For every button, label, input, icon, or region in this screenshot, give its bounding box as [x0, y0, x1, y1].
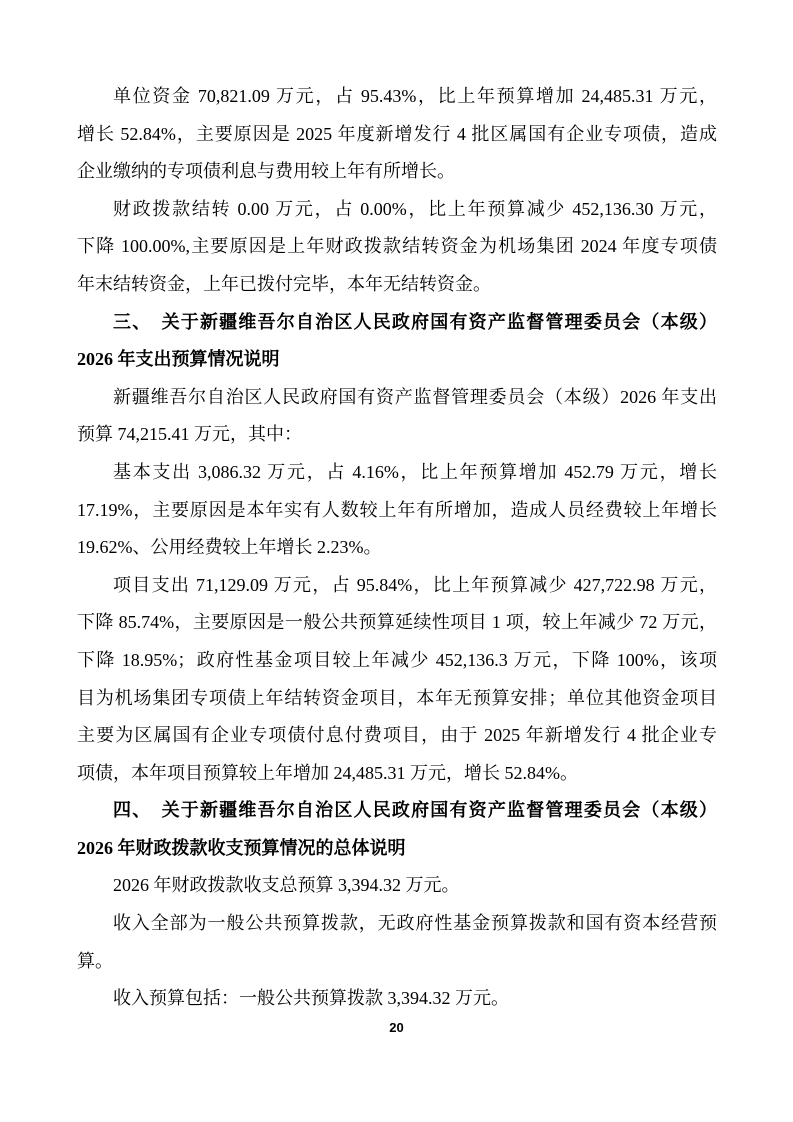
text-line: 收入预算包括：一般公共预算拨款 3,394.32 万元。: [77, 980, 717, 1018]
text-line: 企业缴纳的专项债利息与费用较上年有所增长。: [77, 153, 717, 191]
section-heading: 三、 关于新疆维吾尔自治区人民政府国有资产监督管理委员会（本级） 2026 年支…: [77, 304, 717, 379]
document-page: 单位资金 70,821.09 万元，占 95.43%，比上年预算增加 24,48…: [0, 0, 793, 1122]
text-line: 下降 85.74%，主要原因是一般公共预算延续性项目 1 项，较上年减少 72 …: [77, 604, 717, 642]
text-line: 收入全部为一般公共预算拨款，无政府性基金预算拨款和国有资本经营预: [77, 905, 717, 943]
text-line: 下降 18.95%；政府性基金项目较上年减少 452,136.3 万元，下降 1…: [77, 642, 717, 680]
paragraph: 收入全部为一般公共预算拨款，无政府性基金预算拨款和国有资本经营预 算。: [77, 905, 717, 980]
heading-line: 2026 年支出预算情况说明: [77, 341, 717, 379]
text-line: 财政拨款结转 0.00 万元，占 0.00%，比上年预算减少 452,136.3…: [77, 191, 717, 229]
text-line: 2026 年财政拨款收支总预算 3,394.32 万元。: [77, 867, 717, 905]
text-line: 单位资金 70,821.09 万元，占 95.43%，比上年预算增加 24,48…: [77, 78, 717, 116]
paragraph: 2026 年财政拨款收支总预算 3,394.32 万元。: [77, 867, 717, 905]
paragraph: 财政拨款结转 0.00 万元，占 0.00%，比上年预算减少 452,136.3…: [77, 191, 717, 304]
text-line: 主要为区属国有企业专项债付息付费项目，由于 2025 年新增发行 4 批企业专: [77, 717, 717, 755]
paragraph: 项目支出 71,129.09 万元，占 95.84%，比上年预算减少 427,7…: [77, 567, 717, 793]
page-content: 单位资金 70,821.09 万元，占 95.43%，比上年预算增加 24,48…: [77, 78, 717, 1018]
text-line: 目为机场集团专项债上年结转资金项目，本年无预算安排；单位其他资金项目: [77, 680, 717, 718]
text-line: 算。: [77, 943, 717, 981]
text-line: 19.62%、公用经费较上年增长 2.23%。: [77, 529, 717, 567]
section-heading: 四、 关于新疆维吾尔自治区人民政府国有资产监督管理委员会（本级） 2026 年财…: [77, 792, 717, 867]
text-line: 下降 100.00%,主要原因是上年财政拨款结转资金为机场集团 2024 年度专…: [77, 228, 717, 266]
heading-line: 三、 关于新疆维吾尔自治区人民政府国有资产监督管理委员会（本级）: [77, 304, 717, 342]
text-line: 年末结转资金，上年已拨付完毕，本年无结转资金。: [77, 266, 717, 304]
text-line: 增长 52.84%，主要原因是 2025 年度新增发行 4 批区属国有企业专项债…: [77, 116, 717, 154]
page-number: 20: [0, 1020, 793, 1035]
paragraph: 单位资金 70,821.09 万元，占 95.43%，比上年预算增加 24,48…: [77, 78, 717, 191]
text-line: 项债，本年项目预算较上年增加 24,485.31 万元，增长 52.84%。: [77, 755, 717, 793]
text-line: 17.19%，主要原因是本年实有人数较上年有所增加，造成人员经费较上年增长: [77, 492, 717, 530]
text-line: 预算 74,215.41 万元，其中：: [77, 416, 717, 454]
paragraph: 基本支出 3,086.32 万元，占 4.16%，比上年预算增加 452.79 …: [77, 454, 717, 567]
text-line: 项目支出 71,129.09 万元，占 95.84%，比上年预算减少 427,7…: [77, 567, 717, 605]
text-line: 基本支出 3,086.32 万元，占 4.16%，比上年预算增加 452.79 …: [77, 454, 717, 492]
heading-line: 2026 年财政拨款收支预算情况的总体说明: [77, 830, 717, 868]
paragraph: 新疆维吾尔自治区人民政府国有资产监督管理委员会（本级）2026 年支出 预算 7…: [77, 379, 717, 454]
paragraph: 收入预算包括：一般公共预算拨款 3,394.32 万元。: [77, 980, 717, 1018]
text-line: 新疆维吾尔自治区人民政府国有资产监督管理委员会（本级）2026 年支出: [77, 379, 717, 417]
heading-line: 四、 关于新疆维吾尔自治区人民政府国有资产监督管理委员会（本级）: [77, 792, 717, 830]
